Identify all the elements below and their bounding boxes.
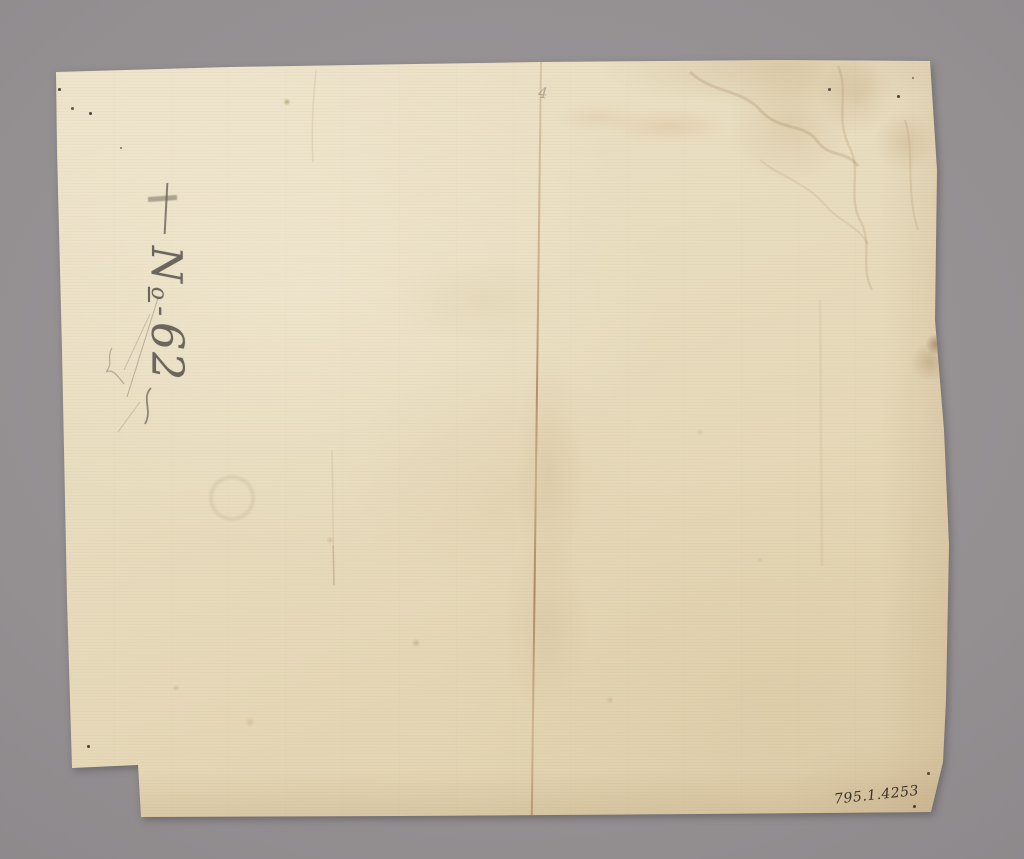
center-fold-crease	[531, 62, 542, 816]
pinhole-speck	[71, 107, 74, 110]
pinhole-speck	[58, 88, 61, 91]
inscription-number: 62	[141, 322, 192, 382]
cross-horizontal-stroke	[148, 195, 177, 202]
pencil-cross-mark	[146, 180, 182, 238]
pinhole-speck	[913, 805, 916, 808]
paper-sheet: No - 62 4 795.1.4253	[0, 0, 1024, 859]
pinhole-speck	[897, 95, 900, 98]
pinhole-speck	[87, 745, 90, 748]
pencil-faint-mark: 4	[537, 84, 548, 103]
inscription-n-letter: N	[142, 246, 191, 285]
pencil-inscription-rotated: No - 62	[134, 246, 192, 431]
inscription-dash: -	[144, 306, 179, 318]
inscription-o-superscript: o	[146, 287, 171, 302]
inscription-flourish	[138, 386, 156, 426]
cross-vertical-stroke	[164, 183, 169, 234]
pinhole-speck	[927, 772, 930, 775]
photo-backdrop: No - 62 4 795.1.4253	[0, 0, 1024, 859]
pinhole-speck	[828, 88, 831, 91]
pinhole-speck	[120, 147, 122, 149]
paper-sheet-wrap: No - 62 4 795.1.4253	[0, 0, 1024, 859]
pinhole-speck	[912, 77, 914, 79]
inventory-number: 795.1.4253	[833, 782, 924, 807]
pinhole-speck	[89, 112, 92, 115]
